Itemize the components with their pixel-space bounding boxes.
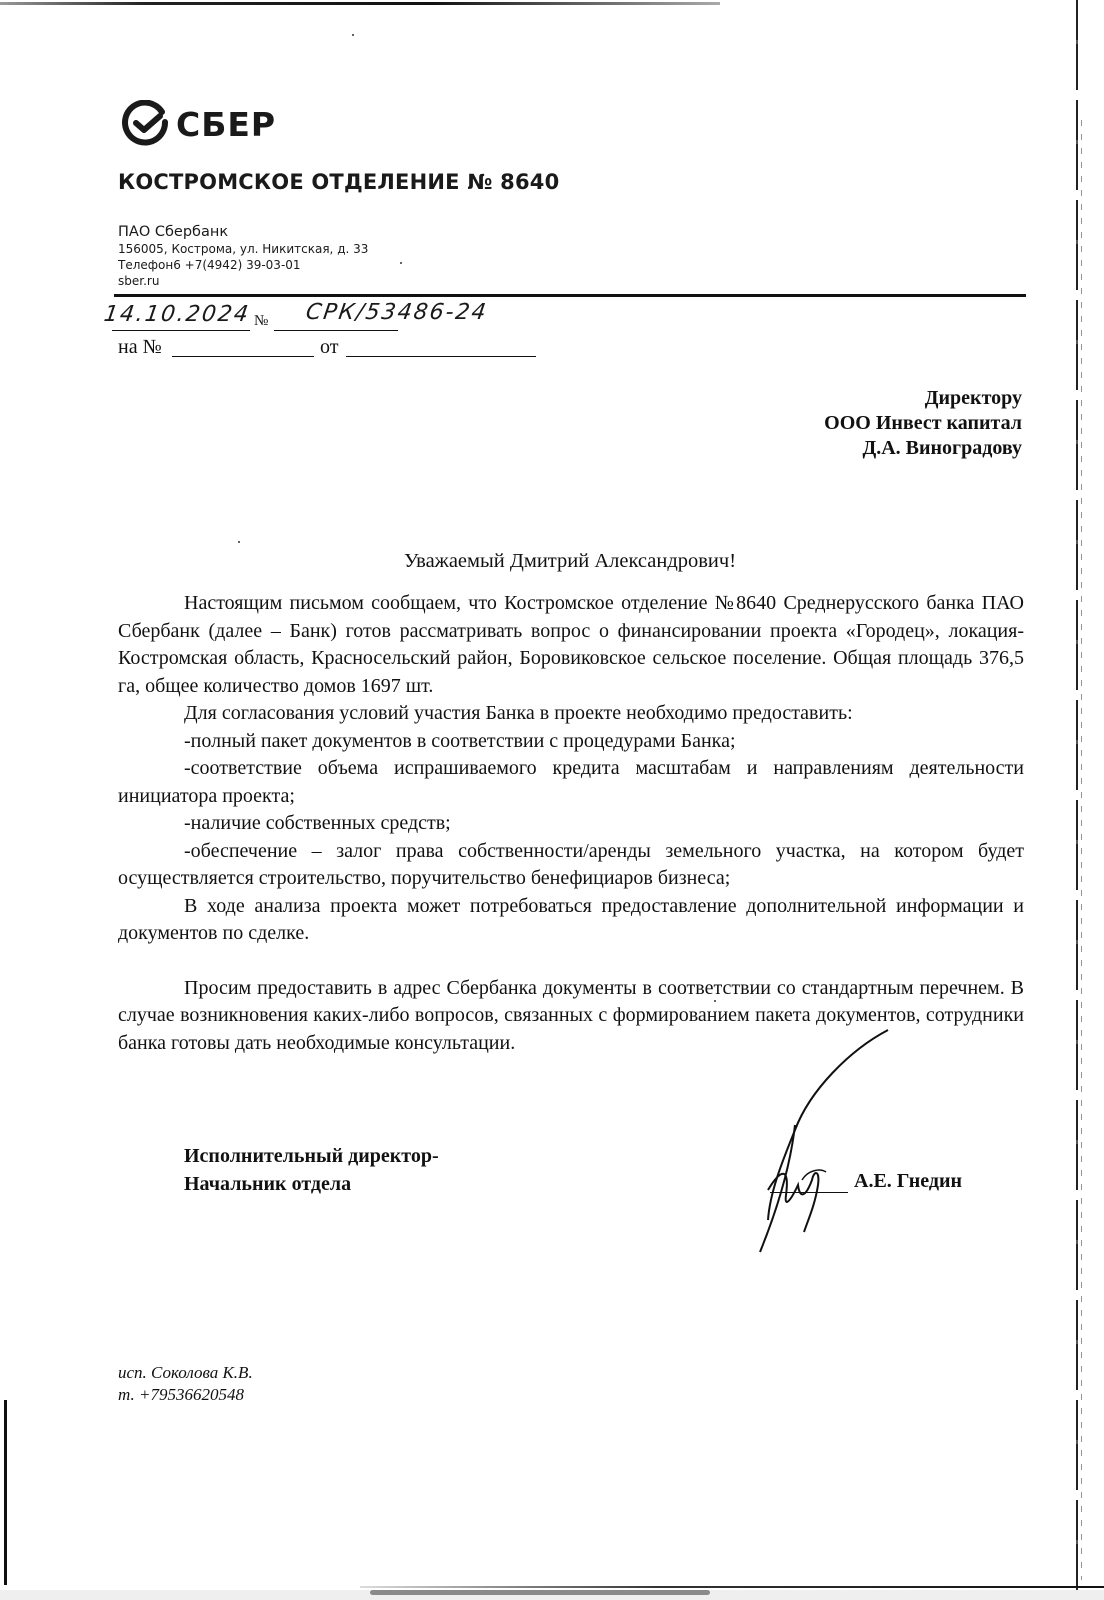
org-website: sber.ru [118, 273, 368, 289]
salutation: Уважаемый Дмитрий Александрович! [0, 550, 1104, 573]
paragraph-requirements-intro: Для согласования условий участия Банка в… [118, 700, 1024, 728]
executor-name: исп. Соколова К.В. [118, 1362, 253, 1384]
scan-speck [400, 262, 402, 264]
scan-edge-right-noise [1081, 120, 1082, 1580]
reply-number-underline [172, 356, 314, 357]
signature-line [770, 1192, 848, 1193]
scan-speck [352, 34, 354, 36]
scan-speck [714, 1000, 716, 1002]
header-divider [114, 294, 1026, 297]
paragraph-analysis: В ходе анализа проекта может потребовать… [118, 893, 1024, 948]
org-phone: Телефон6 +7(4942) 39-03-01 [118, 257, 368, 273]
logo-text: СБЕР [176, 105, 276, 144]
branch-title: КОСТРОМСКОЕ ОТДЕЛЕНИЕ № 8640 [118, 170, 559, 194]
handwritten-signature [740, 1020, 920, 1260]
signatory-title-line1: Исполнительный директор- [184, 1142, 439, 1170]
org-contact-block: ПАО Сбербанк 156005, Кострома, ул. Никит… [118, 223, 368, 289]
addressee-block: Директору ООО Инвест капитал Д.А. Виногр… [824, 386, 1022, 461]
addressee-company: ООО Инвест капитал [824, 411, 1022, 436]
addressee-position: Директору [824, 386, 1022, 411]
number-underline [274, 330, 398, 331]
from-label: от [320, 336, 338, 359]
executor-phone: т. +79536620548 [118, 1384, 253, 1406]
handwritten-date: 14.10.2024 [102, 302, 251, 327]
number-label: № [254, 313, 268, 330]
org-name: ПАО Сбербанк [118, 223, 368, 241]
reply-to-label: на № [118, 336, 162, 359]
letter-body: Настоящим письмом сообщаем, что Костромс… [118, 590, 1024, 1057]
date-underline [112, 330, 250, 331]
scan-edge-top [0, 2, 720, 5]
scan-edge-right [1076, 0, 1078, 1590]
requirement-item: -наличие собственных средств; [118, 810, 1024, 838]
from-date-underline [346, 356, 536, 357]
requirement-item: -полный пакет документов в соответствии … [118, 728, 1024, 756]
sber-checkmark-icon [122, 100, 170, 148]
sber-logo: СБЕР [122, 100, 276, 148]
org-address: 156005, Кострома, ул. Никитская, д. 33 [118, 241, 368, 257]
scan-speck [238, 541, 240, 543]
horizontal-scrollbar[interactable] [370, 1590, 710, 1595]
signatory-title-line2: Начальник отдела [184, 1170, 439, 1198]
scan-edge-left [4, 1400, 7, 1585]
signatory-title: Исполнительный директор- Начальник отдел… [184, 1142, 439, 1198]
handwritten-number: СРК/53486-24 [304, 300, 489, 325]
executor-block: исп. Соколова К.В. т. +79536620548 [118, 1362, 253, 1406]
paragraph-intro: Настоящим письмом сообщаем, что Костромс… [118, 590, 1024, 700]
addressee-name: Д.А. Виноградову [824, 436, 1022, 461]
requirement-item: -соответствие объема испрашиваемого кред… [118, 755, 1024, 810]
requirement-item: -обеспечение – залог права собственности… [118, 838, 1024, 893]
signatory-name: А.Е. Гнедин [854, 1170, 962, 1193]
scan-edge-bottom [360, 1586, 1104, 1588]
letter-page: СБЕР КОСТРОМСКОЕ ОТДЕЛЕНИЕ № 8640 ПАО Сб… [0, 0, 1104, 1600]
